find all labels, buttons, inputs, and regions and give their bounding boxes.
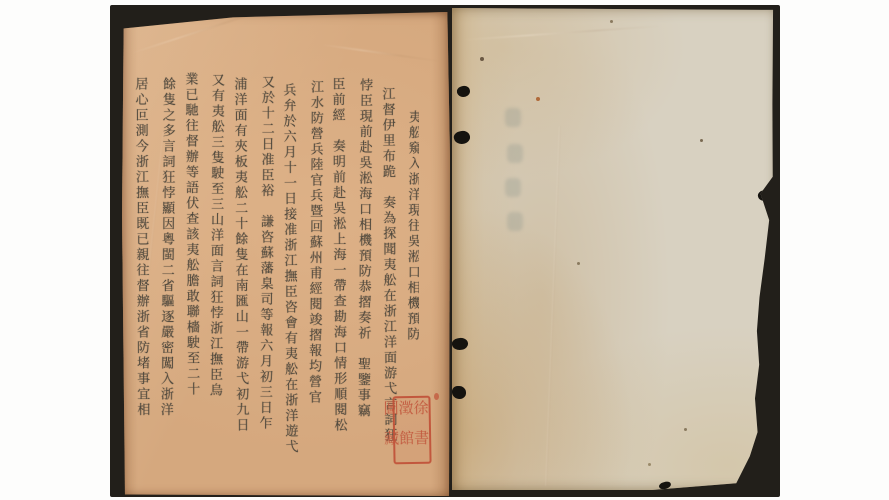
faint-inscription-mark <box>507 144 523 163</box>
text-column-6: 兵弁於六月十一日接准浙江撫臣咨會有夷舩在浙洋遊弋 <box>281 83 297 496</box>
faint-inscription-mark <box>507 212 523 231</box>
ink-blot <box>452 386 466 399</box>
paper-speck <box>480 57 484 61</box>
blank-fly-leaf-page <box>452 8 775 490</box>
seal-column-2: 書館藏 <box>396 430 429 461</box>
red-ink-dot <box>434 393 439 400</box>
ink-blot <box>451 337 469 352</box>
text-column-7: 又於十二日准臣裕 謙咨蘇藩臬司等報六月初三日乍 <box>256 75 273 496</box>
collector-seal-stamp: 徐澂圖書館藏 <box>392 396 431 465</box>
paper-speck <box>536 97 540 101</box>
ink-blot <box>456 84 472 98</box>
text-column-11: 餘隻之多言詞狂悖顯因粵閩二省驅逐嚴密闖入浙洋 <box>157 77 174 496</box>
paper-speck <box>577 262 580 265</box>
paper-speck <box>610 20 613 23</box>
paper-speck <box>684 428 687 431</box>
text-column-12: 居心叵測今浙江撫臣既已親往督辦浙省防堵事宜相 <box>133 77 149 496</box>
water-stain-crease <box>545 126 561 486</box>
paper-speck <box>700 139 703 142</box>
text-column-10: 業已馳往督辦等語伏查該夷舩膽敢聯檣駛至二十 <box>182 72 198 496</box>
faint-inscription-mark <box>505 108 521 127</box>
paper-speck <box>648 463 651 466</box>
manuscript-text-columns: 夷舩窺入浙洋現往吳淞口相機預防江督伊里布跪 奏為探聞夷舩在浙江洋面游弋言詞狂悖臣… <box>127 12 419 496</box>
faint-inscription-mark <box>505 178 521 197</box>
text-column-5: 江水防營兵陸官兵暨回蘇州甫經閱竣摺報均營官 <box>305 80 322 496</box>
text-column-8: 浦洋面有夾板夷舩二十餘隻在南匯山一帶游弋初九日 <box>232 77 248 496</box>
text-column-4: 臣前經 奏明前赴吳淞上海一帶查勘海口情形順閱松 <box>330 77 346 496</box>
ink-blot <box>453 129 472 146</box>
manuscript-left-page: 夷舩窺入浙洋現往吳淞口相機預防江督伊里布跪 奏為探聞夷舩在浙江洋面游弋言詞狂悖臣… <box>121 12 450 496</box>
seal-column-1: 徐澂圖 <box>395 400 428 431</box>
paper-crease <box>462 25 662 41</box>
text-column-9: 又有夷舩三隻駛至三山洋面言詞狂悖浙江撫臣烏 <box>207 73 224 496</box>
text-column-3: 悖臣現前赴吳淞海口相機預防恭摺奏祈 聖鑒事竊 <box>355 78 372 496</box>
